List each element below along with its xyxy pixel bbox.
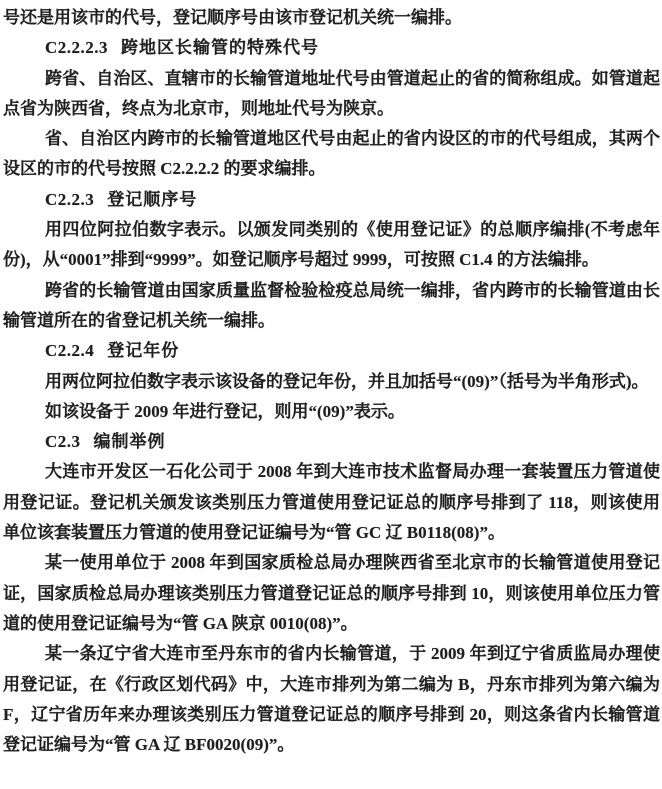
body-paragraph: 省、自治区内跨市的长输管道地区代号由起止的省内设区的市的代号组成，其两个设区的市… [3, 124, 660, 185]
body-paragraph: 某一条辽宁省大连市至丹东市的省内长输管道，于 2009 年到辽宁省质监局办理使用… [3, 639, 660, 760]
section-title: 登记顺序号 [107, 190, 197, 209]
section-heading-c2-2-2-3: C2.2.2.3跨地区长输管的特殊代号 [3, 33, 660, 63]
body-paragraph: 跨省的长输管道由国家质量监督检验检疫总局统一编排，省内跨市的长输管道由长输管道所… [3, 276, 660, 337]
section-title: 跨地区长输管的特殊代号 [121, 38, 319, 57]
section-number: C2.2.2.3 [45, 38, 108, 57]
body-paragraph: 大连市开发区一石化公司于 2008 年到大连市技术监督局办理一套装置压力管道使用… [3, 457, 660, 548]
document-page: 号还是用该市的代号，登记顺序号由该市登记机关统一编排。 C2.2.2.3跨地区长… [0, 0, 662, 789]
body-paragraph: 用四位阿拉伯数字表示。以颁发同类别的《使用登记证》的总顺序编排(不考虑年份)，从… [3, 215, 660, 276]
body-paragraph: 某一使用单位于 2008 年到国家质检总局办理陕西省至北京市的长输管道使用登记证… [3, 548, 660, 639]
section-number: C2.3 [45, 432, 81, 451]
section-heading-c2-2-4: C2.2.4登记年份 [3, 336, 660, 366]
section-title: 编制举例 [94, 432, 166, 451]
body-paragraph: 如该设备于 2009 年进行登记，则用“(09)”表示。 [3, 397, 660, 427]
section-heading-c2-2-3: C2.2.3登记顺序号 [3, 185, 660, 215]
section-number: C2.2.4 [45, 341, 94, 360]
section-heading-c2-3: C2.3编制举例 [3, 427, 660, 457]
paragraph-continuation: 号还是用该市的代号，登记顺序号由该市登记机关统一编排。 [3, 3, 660, 33]
section-title: 登记年份 [107, 341, 179, 360]
section-number: C2.2.3 [45, 190, 94, 209]
body-paragraph: 用两位阿拉伯数字表示该设备的登记年份，并且加括号“(09)”（括号为半角形式)。 [3, 367, 660, 397]
body-paragraph: 跨省、自治区、直辖市的长输管道地址代号由管道起止的省的简称组成。如管道起点省为陕… [3, 64, 660, 125]
